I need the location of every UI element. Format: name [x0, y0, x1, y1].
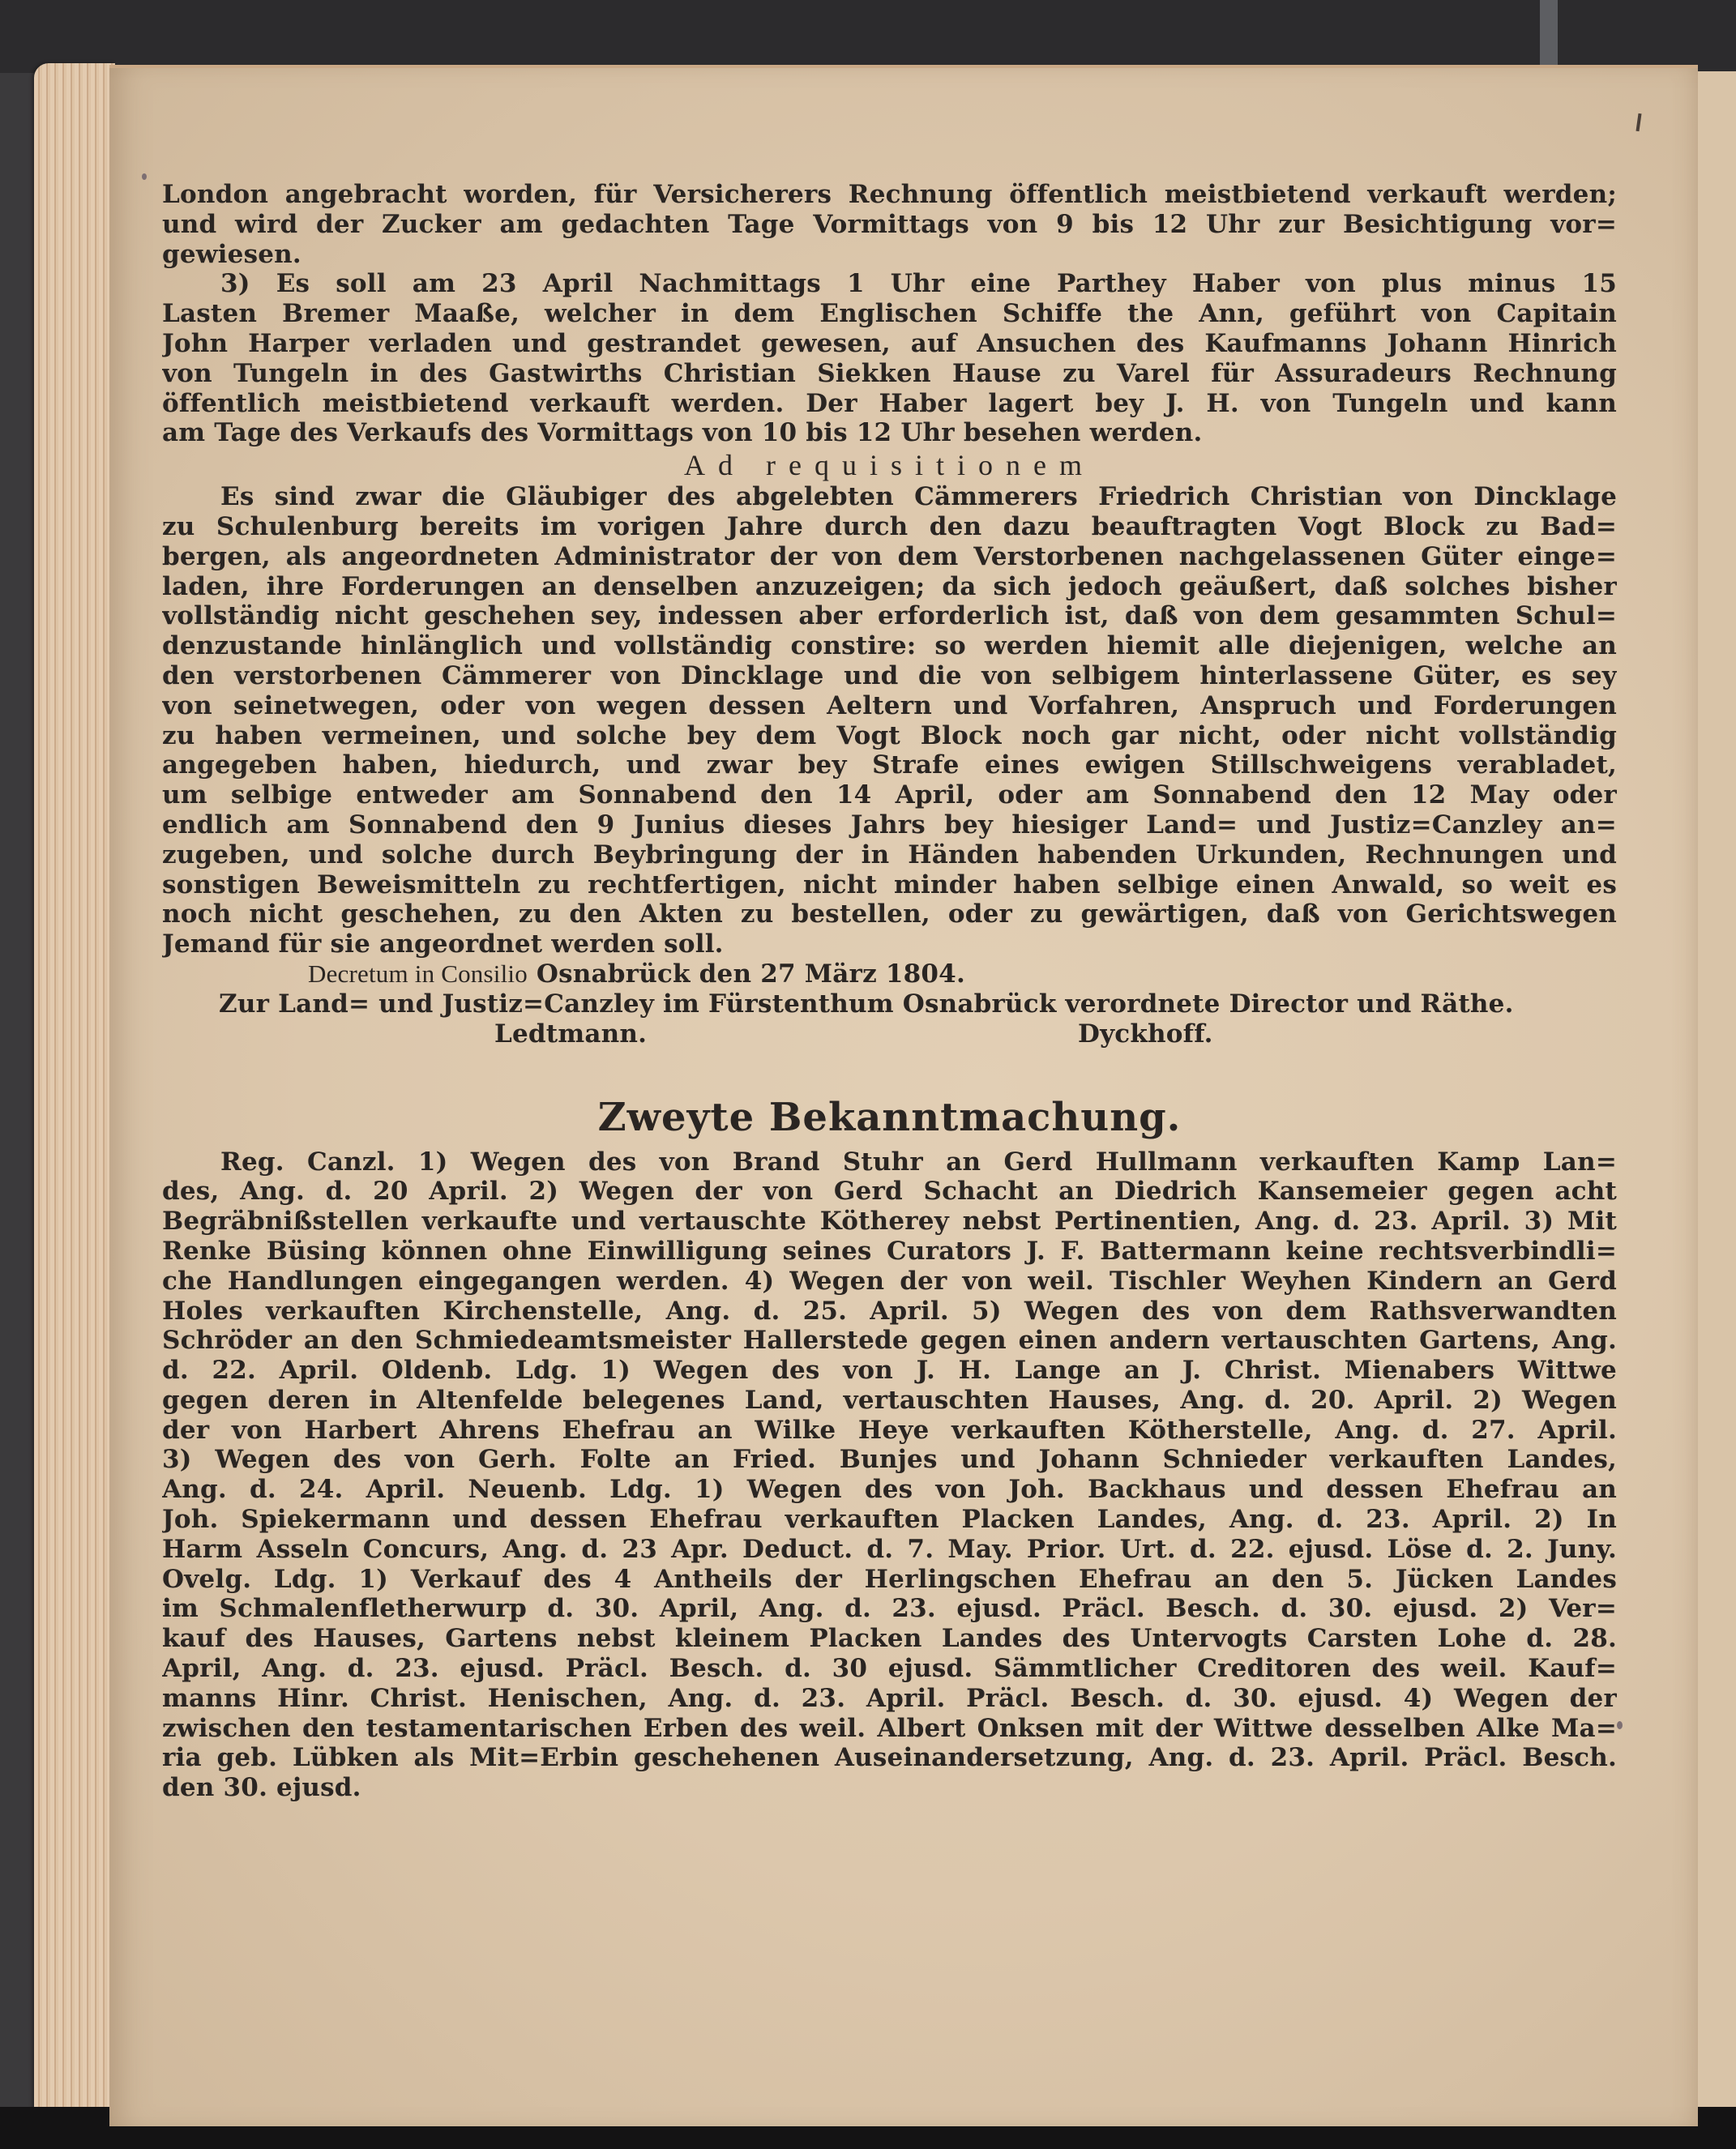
text-line: Schröder an den Schmiedeamtsmeister Hall…: [162, 1326, 1617, 1356]
text-line: April, Ang. d. 23. ejusd. Präcl. Besch. …: [162, 1654, 1617, 1684]
text-line: öffentlich meistbietend verkauft werden.…: [162, 389, 1617, 419]
facing-page-corner: [1540, 0, 1558, 65]
text-line: 3) Es soll am 23 April Nachmittags 1 Uhr…: [162, 269, 1617, 299]
text-line: bergen, als angeordneten Administrator d…: [162, 542, 1617, 572]
signer-name: Ledtmann.: [494, 1019, 647, 1049]
text-line: den verstorbenen Cämmerer von Dincklage …: [162, 661, 1617, 691]
text-line: London angebracht worden, für Versichere…: [162, 180, 1617, 210]
text-line: Begräbnißstellen verkaufte und vertausch…: [162, 1207, 1617, 1237]
text-line: um selbige entweder am Sonnabend den 14 …: [162, 780, 1617, 810]
signer-name: Dyckhoff.: [1078, 1019, 1213, 1049]
decretum-place-date: Osnabrück den 27 März 1804.: [537, 959, 965, 989]
text-line: kauf des Hauses, Gartens nebst kleinem P…: [162, 1624, 1617, 1654]
text-line: von Tungeln in des Gastwirths Christian …: [162, 359, 1617, 389]
text-line: Joh. Spiekermann und dessen Ehefrau verk…: [162, 1505, 1617, 1535]
text-line: John Harper verladen und gestrandet gewe…: [162, 329, 1617, 359]
text-line: den 30. ejusd.: [162, 1773, 1617, 1803]
text-line: laden, ihre Forderungen an denselben anz…: [162, 572, 1617, 602]
book-page-edges: [34, 63, 115, 2121]
text-line: Renke Büsing können ohne Einwilligung se…: [162, 1237, 1617, 1267]
text-line: Ovelg. Ldg. 1) Verkauf des 4 Antheils de…: [162, 1565, 1617, 1595]
text-line: Ang. d. 24. April. Neuenb. Ldg. 1) Wegen…: [162, 1475, 1617, 1505]
paper-fleck: [1617, 1721, 1623, 1729]
text-line: noch nicht geschehen, zu den Akten zu be…: [162, 899, 1617, 929]
text-line: zu haben vermeinen, und solche bey dem V…: [162, 721, 1617, 751]
text-line: Es sind zwar die Gläubiger des abgelebte…: [162, 482, 1617, 512]
text-line: am Tage des Verkaufs des Vormittags von …: [162, 418, 1617, 448]
text-line: des, Ang. d. 20 April. 2) Wegen der von …: [162, 1177, 1617, 1207]
text-line: d. 22. April. Oldenb. Ldg. 1) Wegen des …: [162, 1356, 1617, 1386]
text-line: Jemand für sie angeordnet werden soll.: [162, 929, 1617, 959]
text-line: Reg. Canzl. 1) Wegen des von Brand Stuhr…: [162, 1147, 1617, 1177]
text-line: 3) Wegen des von Gerh. Folte an Fried. B…: [162, 1445, 1617, 1475]
signers: Ledtmann. Dyckhoff.: [162, 1019, 1617, 1052]
scan-backdrop-top: [0, 0, 1736, 73]
section-title: Zweyte Bekanntmachung.: [162, 1087, 1617, 1147]
paper-fleck: [142, 173, 147, 180]
text-line: und wird der Zucker am gedachten Tage Vo…: [162, 210, 1617, 240]
text-line: zu Schulenburg bereits im vorigen Jahre …: [162, 512, 1617, 542]
text-line: Holes verkauften Kirchenstelle, Ang. d. …: [162, 1297, 1617, 1327]
text-line: sonstigen Beweismitteln zu rechtfertigen…: [162, 870, 1617, 900]
text-line: angegeben haben, hiedurch, und zwar bey …: [162, 750, 1617, 780]
text-line: vollständig nicht geschehen sey, indesse…: [162, 601, 1617, 631]
text-line: gegen deren in Altenfelde belegenes Land…: [162, 1386, 1617, 1416]
decretum-line: Decretum in Consilio Osnabrück den 27 Mä…: [162, 959, 1617, 989]
text-line: gewiesen.: [162, 240, 1617, 270]
text-line: denzustande hinlänglich und vollständig …: [162, 631, 1617, 661]
authority-line: Zur Land= und Justiz=Canzley im Fürstent…: [162, 989, 1617, 1019]
text-line: endlich am Sonnabend den 9 Junius dieses…: [162, 810, 1617, 840]
text-line: von seinetwegen, oder von wegen dessen A…: [162, 691, 1617, 721]
text-line: Lasten Bremer Maaße, welcher in dem Engl…: [162, 299, 1617, 329]
text-line: Harm Asseln Concurs, Ang. d. 23 Apr. Ded…: [162, 1535, 1617, 1565]
text-line: che Handlungen eingegangen werden. 4) We…: [162, 1267, 1617, 1297]
decretum-latin: Decretum in Consilio: [308, 959, 528, 988]
ad-requisitionem-heading: Ad requisitionem: [162, 448, 1617, 482]
text-line: zugeben, und solche durch Beybringung de…: [162, 840, 1617, 870]
text-line: im Schmalenfletherwurp d. 30. April, Ang…: [162, 1594, 1617, 1624]
facing-page-edge: [1695, 71, 1736, 2113]
text-line: manns Hinr. Christ. Henischen, Ang. d. 2…: [162, 1684, 1617, 1714]
page-text: London angebracht worden, für Versichere…: [162, 180, 1617, 1803]
text-line: der von Harbert Ahrens Ehefrau an Wilke …: [162, 1416, 1617, 1446]
text-line: ria geb. Lübken als Mit=Erbin geschehene…: [162, 1743, 1617, 1773]
text-line: zwischen den testamentarischen Erben des…: [162, 1714, 1617, 1744]
